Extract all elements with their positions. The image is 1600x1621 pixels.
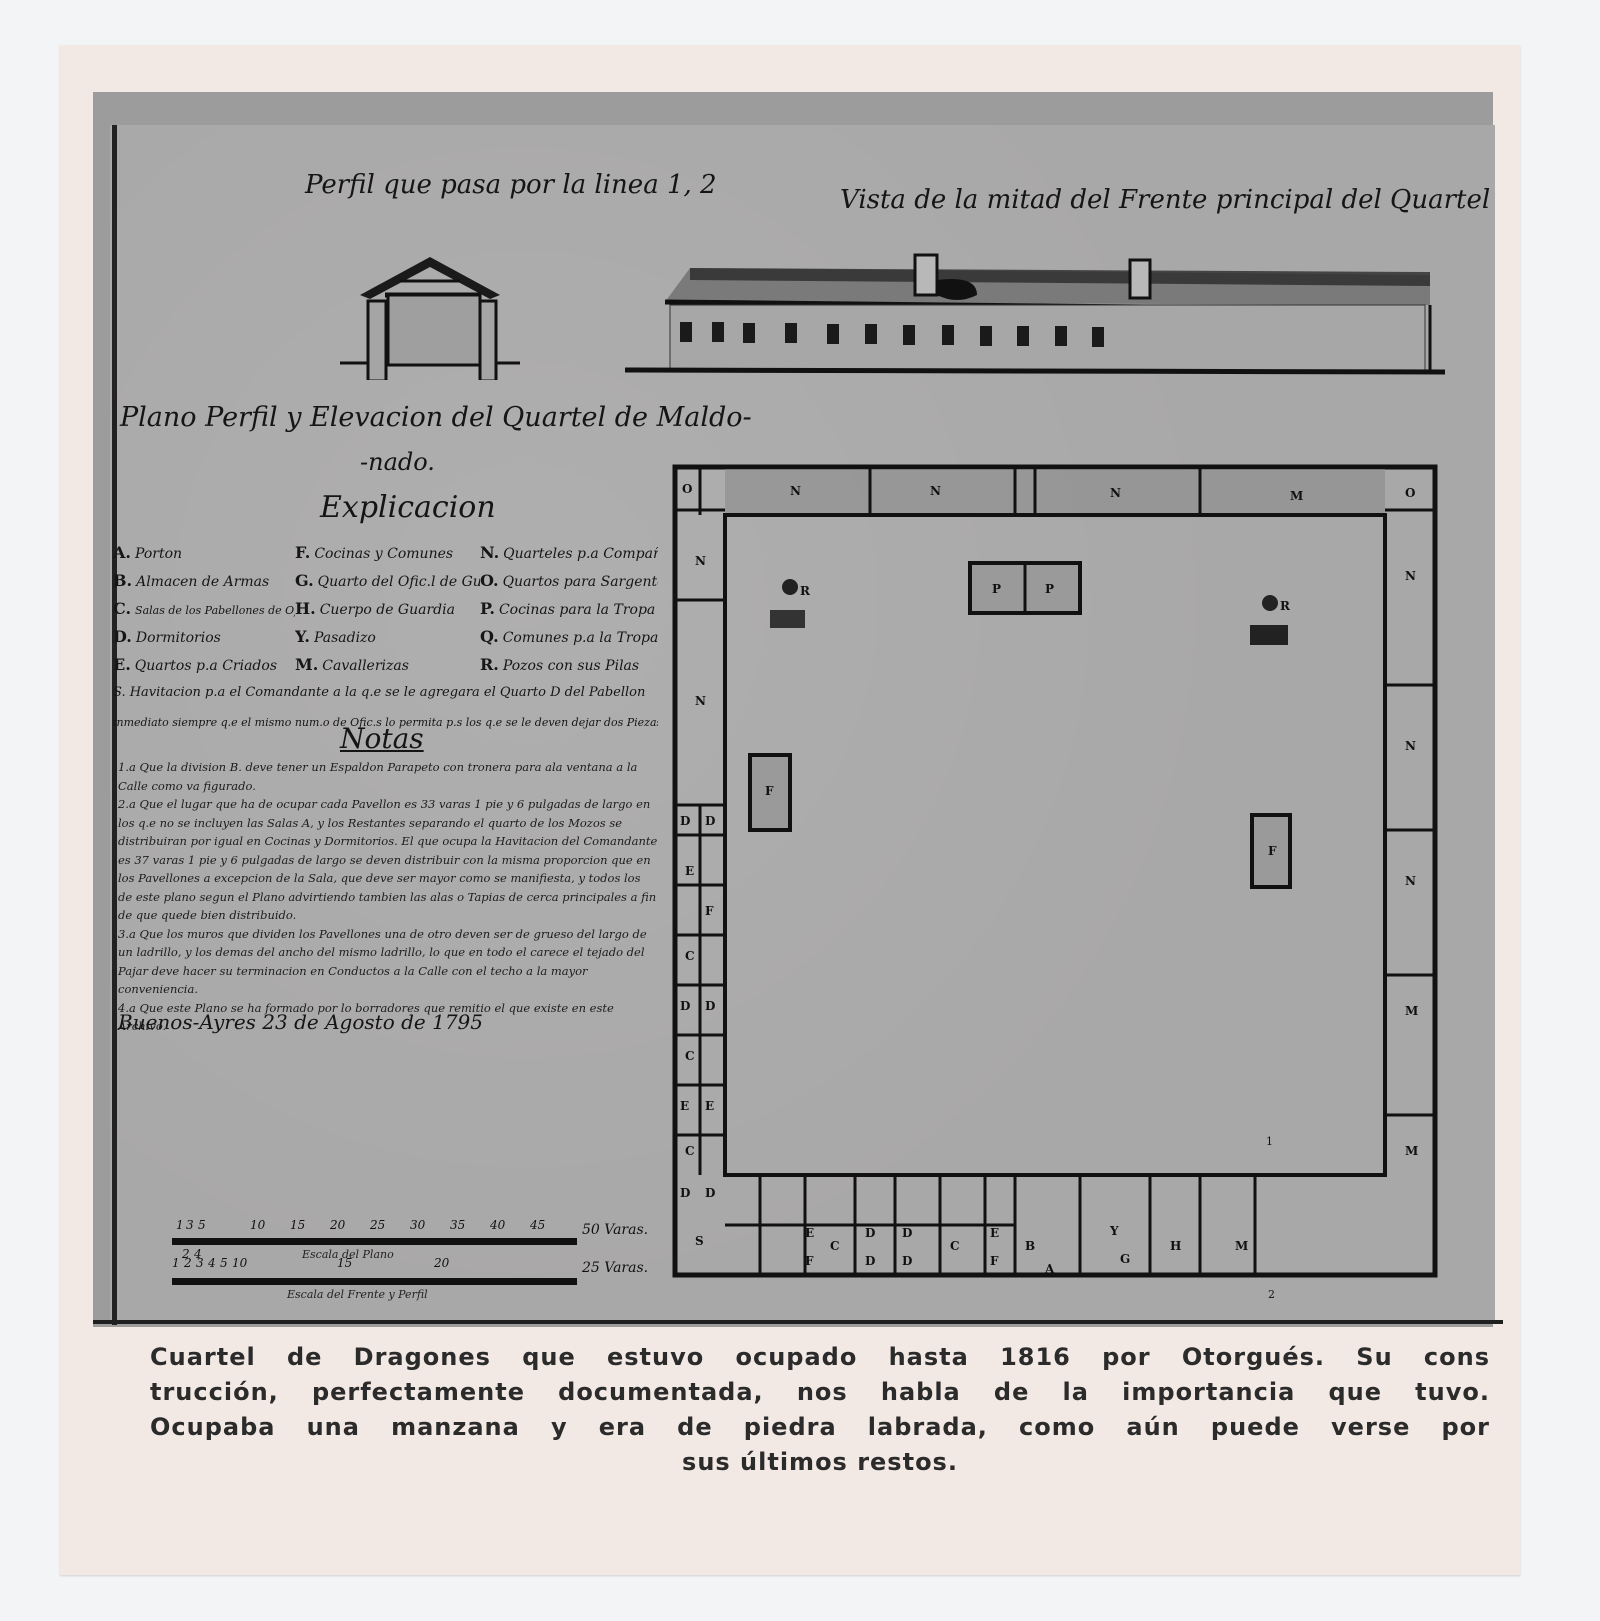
caption-line: Cuartel de Dragones que estuvo ocupado h… (150, 1340, 1490, 1375)
notes-list: 1.a Que la division B. deve tener un Esp… (118, 758, 658, 1036)
svg-text:S: S (695, 1234, 704, 1248)
svg-text:R: R (800, 584, 811, 598)
legend-item: C.Salas de los Pabellones de Ofic.s (113, 599, 295, 618)
legend-row: D.Dormitorios Y.Pasadizo Q.Comunes p.a l… (113, 622, 658, 650)
legend-item: G.Quarto del Ofic.l de Guardia (295, 571, 480, 590)
svg-text:P: P (1045, 582, 1054, 596)
legend-item: O.Quartos para Sargentos (480, 571, 658, 590)
svg-text:Y: Y (1109, 1224, 1119, 1238)
legend-item: E.Quartos p.a Criados (113, 655, 295, 674)
svg-text:N: N (1110, 486, 1121, 500)
svg-text:G: G (1120, 1252, 1130, 1266)
svg-text:E: E (805, 1226, 814, 1240)
photo-caption: Cuartel de Dragones que estuvo ocupado h… (150, 1340, 1490, 1480)
svg-text:2: 2 (1268, 1288, 1275, 1300)
svg-text:C: C (685, 1049, 695, 1063)
note-item: 2.a Que el lugar que ha de ocupar cada P… (118, 795, 658, 925)
legend-item: F.Cocinas y Comunes (295, 543, 480, 562)
scale-bar (172, 1278, 577, 1285)
svg-text:R: R (1280, 599, 1291, 613)
svg-text:C: C (685, 1144, 695, 1158)
svg-text:E: E (685, 864, 694, 878)
svg-text:F: F (765, 784, 774, 798)
legend-item: H.Cuerpo de Guardia (295, 599, 480, 618)
svg-text:E: E (990, 1226, 999, 1240)
legend-s-line1: S. Havitacion p.a el Comandante a la q.e… (113, 678, 658, 708)
legend-row: C.Salas de los Pabellones de Ofic.s H.Cu… (113, 594, 658, 622)
svg-text:1: 1 (1266, 1135, 1273, 1148)
svg-text:F: F (805, 1254, 814, 1268)
svg-text:D: D (705, 814, 715, 828)
svg-text:M: M (1235, 1239, 1248, 1253)
scale-bar (172, 1238, 577, 1245)
legend-item: P.Cocinas para la Tropa (480, 599, 658, 618)
svg-text:E: E (705, 1099, 714, 1113)
svg-text:H: H (1170, 1239, 1181, 1253)
svg-text:D: D (680, 999, 690, 1013)
legend-item: B.Almacen de Armas (113, 571, 295, 590)
legend-item: D.Dormitorios (113, 627, 295, 646)
svg-text:F: F (1268, 844, 1277, 858)
svg-text:D: D (902, 1254, 912, 1268)
svg-text:D: D (865, 1254, 875, 1268)
floor-plan-drawing: ONN NMO NN NNNMM PP RR FF DD EFC DDC EEC… (640, 455, 1460, 1300)
legend-row: E.Quartos p.a Criados M.Cavallerizas R.P… (113, 650, 658, 678)
svg-text:N: N (695, 554, 706, 568)
note-item: 1.a Que la division B. deve tener un Esp… (118, 758, 658, 795)
legend-row: A.Porton F.Cocinas y Comunes N.Quarteles… (113, 538, 658, 566)
caption-line: Ocupaba una manzana y era de piedra labr… (150, 1410, 1490, 1445)
svg-text:O: O (682, 482, 692, 496)
svg-text:D: D (705, 999, 715, 1013)
svg-text:E: E (680, 1099, 689, 1113)
scale-unit: 25 Varas. (582, 1260, 648, 1276)
svg-text:M: M (1405, 1004, 1418, 1018)
svg-text:B: B (1025, 1239, 1035, 1253)
plan-title-line1: Plano Perfil y Elevacion del Quartel de … (120, 402, 752, 433)
svg-text:C: C (950, 1239, 960, 1253)
front-view-title: Vista de la mitad del Frente principal d… (840, 185, 1490, 215)
svg-text:C: C (830, 1239, 840, 1253)
note-item: 3.a Que los muros que dividen los Pavell… (118, 925, 658, 999)
explanation-heading: Explicacion (320, 490, 496, 525)
legend-item: R.Pozos con sus Pilas (480, 655, 658, 674)
svg-text:F: F (990, 1254, 999, 1268)
svg-text:N: N (695, 694, 706, 708)
legend-item: Q.Comunes p.a la Tropa (480, 627, 658, 646)
legend-item: M.Cavallerizas (295, 655, 480, 674)
svg-text:F: F (705, 904, 714, 918)
svg-text:M: M (1290, 489, 1303, 503)
notes-heading: Notas (340, 722, 424, 755)
svg-text:A: A (1044, 1262, 1055, 1276)
caption-line: trucción, perfectamente documentada, nos… (150, 1375, 1490, 1410)
svg-text:D: D (865, 1226, 875, 1240)
plan-title-line2: -nado. (360, 448, 435, 476)
signature-date: Buenos-Ayres 23 de Agosto de 1795 (118, 1010, 483, 1034)
svg-text:O: O (1405, 486, 1415, 500)
svg-text:D: D (705, 1186, 715, 1200)
svg-text:N: N (930, 484, 941, 498)
legend-item: N.Quarteles p.a Compañias (480, 543, 658, 562)
scale-unit: 50 Varas. (582, 1222, 648, 1238)
svg-text:M: M (1405, 1144, 1418, 1158)
svg-text:N: N (790, 484, 801, 498)
svg-text:D: D (902, 1226, 912, 1240)
svg-text:P: P (992, 582, 1001, 596)
legend-item: Y.Pasadizo (295, 627, 480, 646)
svg-text:D: D (680, 814, 690, 828)
svg-text:D: D (680, 1186, 690, 1200)
photo-bottom-border (93, 1320, 1503, 1324)
svg-text:C: C (685, 949, 695, 963)
profile-title: Perfil que pasa por la linea 1, 2 (305, 170, 717, 200)
caption-line: sus últimos restos. (150, 1445, 1490, 1480)
legend-row: B.Almacen de Armas G.Quarto del Ofic.l d… (113, 566, 658, 594)
svg-text:N: N (1405, 569, 1416, 583)
svg-text:N: N (1405, 739, 1416, 753)
front-elevation-drawing (625, 250, 1445, 380)
legend-item: A.Porton (113, 543, 295, 562)
scale-caption: Escala del Frente y Perfil (287, 1288, 428, 1301)
profile-section-drawing (340, 245, 520, 380)
legend: A.Porton F.Cocinas y Comunes N.Quarteles… (113, 538, 658, 738)
svg-text:N: N (1405, 874, 1416, 888)
